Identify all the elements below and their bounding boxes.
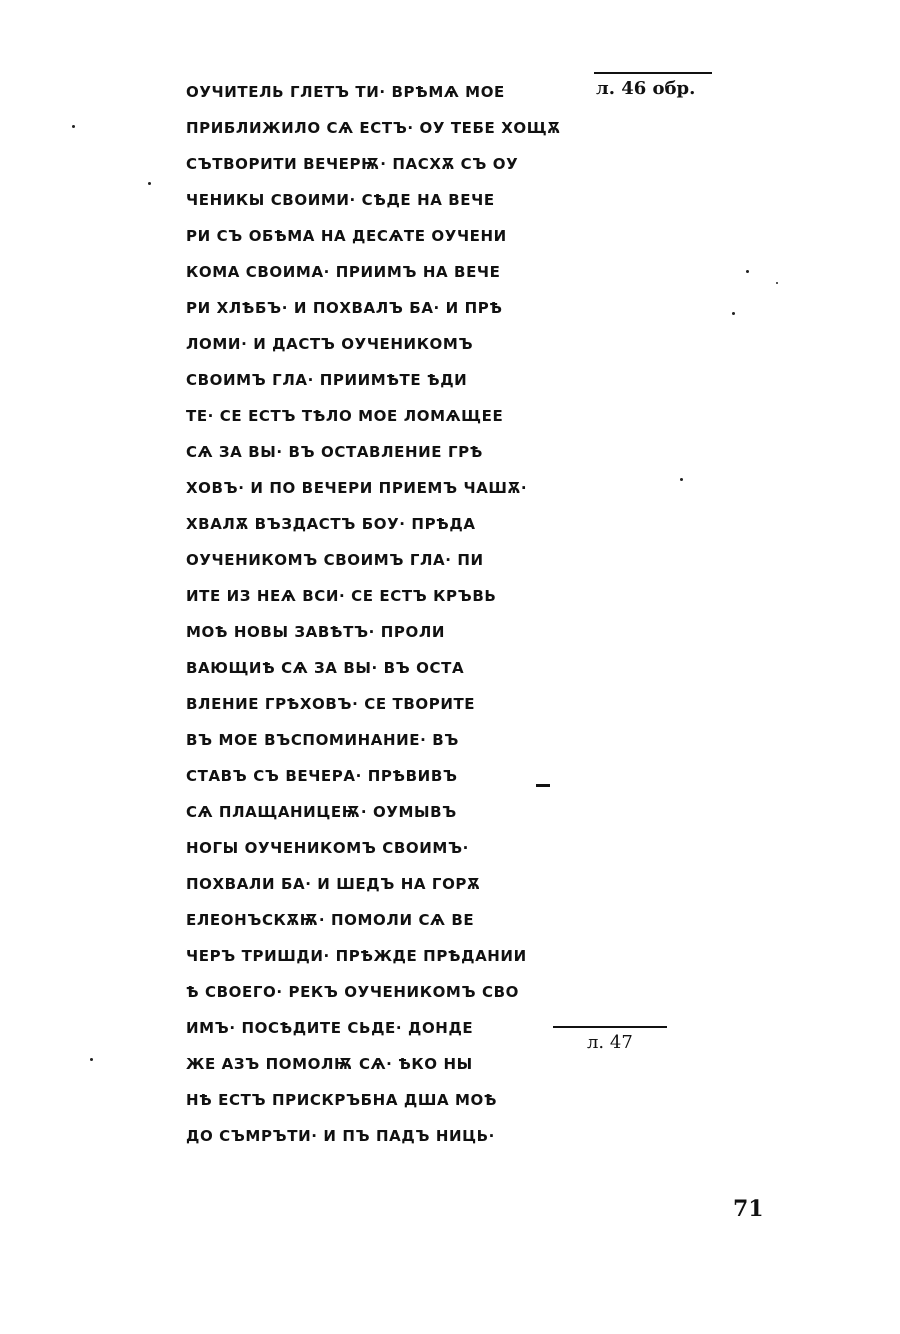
text-line: те· се естъ тѣло мое ломѧщее — [186, 404, 586, 440]
text-line: приближило сѧ естъ· оу тебе хощѫ — [186, 116, 586, 152]
text-line: нѣ естъ прискръбна дша моѣ — [186, 1088, 586, 1124]
text-line: Оучитель глетъ ти· Врѣмѧ мое — [186, 80, 586, 116]
text-line: ховъ· И по вечери приемъ чашѫ· — [186, 476, 586, 512]
folio-marker-top: л. 46 обр. — [594, 72, 712, 99]
text-line: ри съ обѣма на десѧте оучени — [186, 224, 586, 260]
text-line: своимъ гла· Приимѣте ѣди — [186, 368, 586, 404]
folio-label-bottom: л. 47 — [553, 1032, 667, 1053]
folio-marker-bottom: л. 47 — [553, 1026, 667, 1053]
speck — [776, 282, 778, 284]
text-line: ставъ съ вечера· Прѣвивъ — [186, 764, 586, 800]
text-line: черъ тришди· прѣжде прѣдании — [186, 944, 586, 980]
text-line: похвали ба· и шедъ на горѫ — [186, 872, 586, 908]
text-line: ногы оученикомъ своимъ· — [186, 836, 586, 872]
speck — [746, 270, 749, 273]
folio-rule — [553, 1026, 667, 1028]
text-line: въ мое въспоминание· Въ — [186, 728, 586, 764]
manuscript-text-column: Оучитель глетъ ти· Врѣмѧ моеприближило с… — [186, 80, 586, 1160]
page-number: 71 — [733, 1196, 764, 1222]
text-line: ри хлѣбъ· и похвалъ ба· и прѣ — [186, 296, 586, 332]
text-line: ѣ своего· Рекъ оученикомъ сво — [186, 980, 586, 1016]
speck — [72, 125, 75, 128]
text-line: ченикы своими· Сѣде на вечe — [186, 188, 586, 224]
text-line: сѧ за вы· Въ оставление грѣ — [186, 440, 586, 476]
folio-rule — [594, 72, 712, 74]
speck — [680, 478, 683, 481]
speck — [732, 312, 735, 315]
text-line: Хвалѫ въздастъ бoу· Прѣда — [186, 512, 586, 548]
text-line: вление грѣховъ· се творите — [186, 692, 586, 728]
speck — [90, 1058, 93, 1061]
text-line: кома своима· Приимъ на вече — [186, 260, 586, 296]
text-line: сътворити вечерѭ· Пасхѫ съ оу — [186, 152, 586, 188]
text-line: до съмръти· и пъ падъ ниць· — [186, 1124, 586, 1160]
speck — [148, 182, 151, 185]
text-line: сѧ плащаницеѭ· оумывъ — [186, 800, 586, 836]
document-page: Оучитель глетъ ти· Врѣмѧ моеприближило с… — [0, 0, 900, 1334]
text-line: елеонъскѫѭ· помоли сѧ ве — [186, 908, 586, 944]
text-line: оученикомъ своимъ гла· пи — [186, 548, 586, 584]
text-line: ломи· и дастъ оученикомъ — [186, 332, 586, 368]
text-line: же азъ помолѭ сѧ· ѣко ны — [186, 1052, 586, 1088]
text-line: моѣ новы завѣтъ· проли — [186, 620, 586, 656]
folio-label-top: л. 46 обр. — [594, 78, 712, 99]
margin-dash — [536, 784, 550, 787]
text-line: вающиѣ сѧ за вы· Въ оста — [186, 656, 586, 692]
text-line: ите из неѧ вси· се естъ кръвь — [186, 584, 586, 620]
text-line: имъ· посѣдите сьде· Донде — [186, 1016, 586, 1052]
